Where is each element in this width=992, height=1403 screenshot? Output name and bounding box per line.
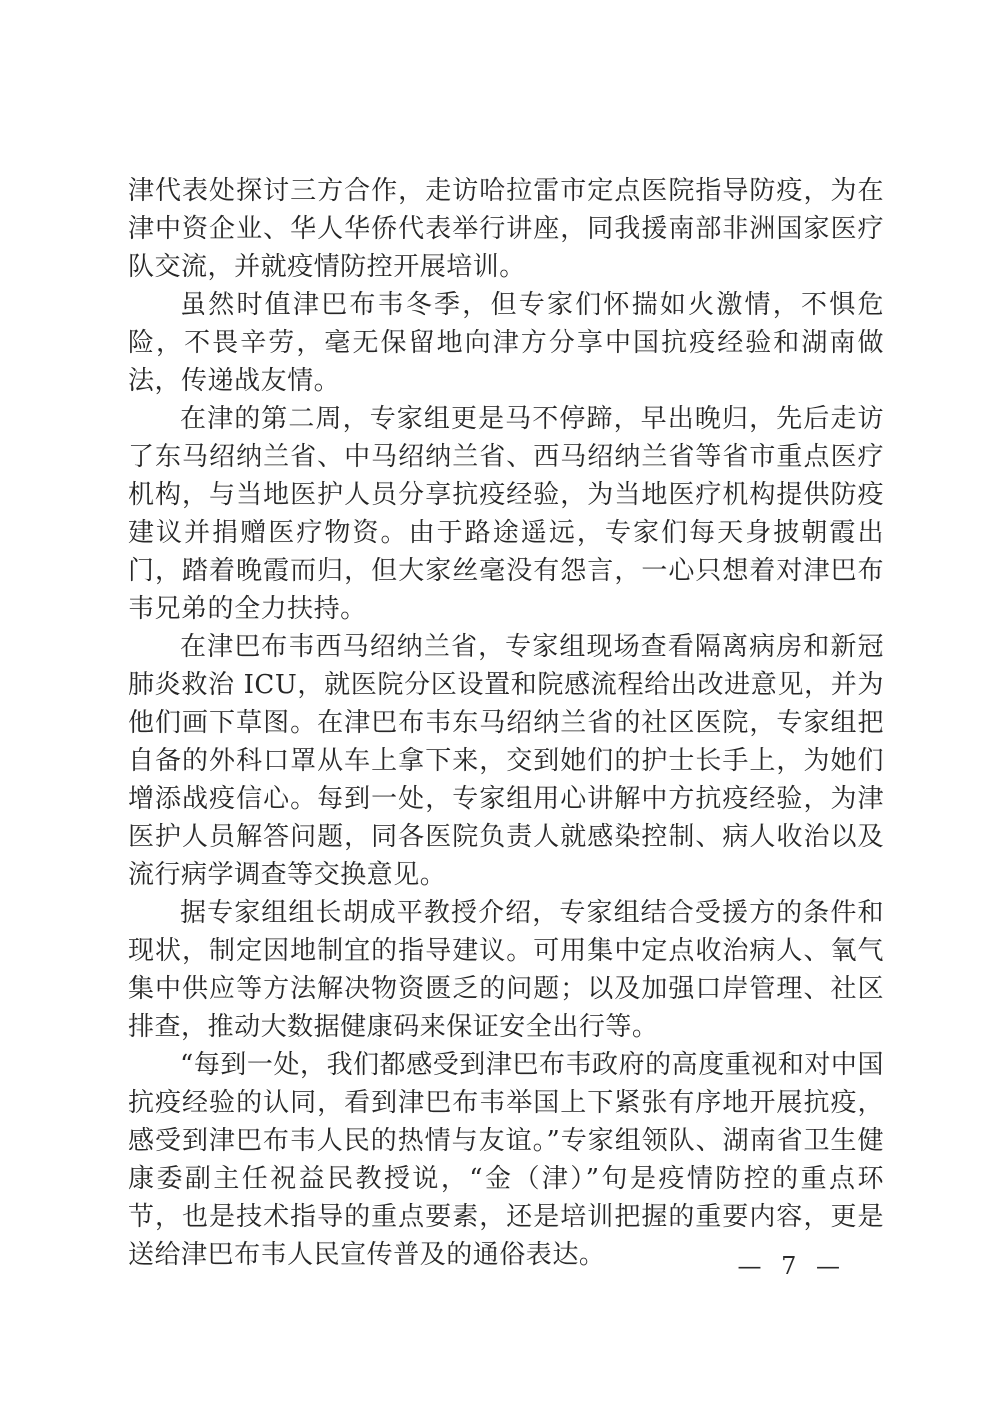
paragraph-6: “每到一处，我们都感受到津巴布韦政府的高度重视和对中国抗疫经验的认同，看到津巴布… xyxy=(128,1046,884,1274)
paragraph-4: 在津巴布韦西马绍纳兰省，专家组现场查看隔离病房和新冠肺炎救治 ICU，就医院分区… xyxy=(128,628,884,894)
document-page: 津代表处探讨三方合作，走访哈拉雷市定点医院指导防疫，为在津中资企业、华人华侨代表… xyxy=(0,0,992,1403)
paragraph-2: 虽然时值津巴布韦冬季，但专家们怀揣如火激情，不惧危险，不畏辛劳，毫无保留地向津方… xyxy=(128,286,884,400)
paragraph-3: 在津的第二周，专家组更是马不停蹄，早出晚归，先后走访了东马绍纳兰省、中马绍纳兰省… xyxy=(128,400,884,628)
page-number: — 7 — xyxy=(737,1250,842,1282)
document-body: 津代表处探讨三方合作，走访哈拉雷市定点医院指导防疫，为在津中资企业、华人华侨代表… xyxy=(128,172,884,1274)
paragraph-1: 津代表处探讨三方合作，走访哈拉雷市定点医院指导防疫，为在津中资企业、华人华侨代表… xyxy=(128,172,884,286)
paragraph-5: 据专家组组长胡成平教授介绍，专家组结合受援方的条件和现状，制定因地制宜的指导建议… xyxy=(128,894,884,1046)
